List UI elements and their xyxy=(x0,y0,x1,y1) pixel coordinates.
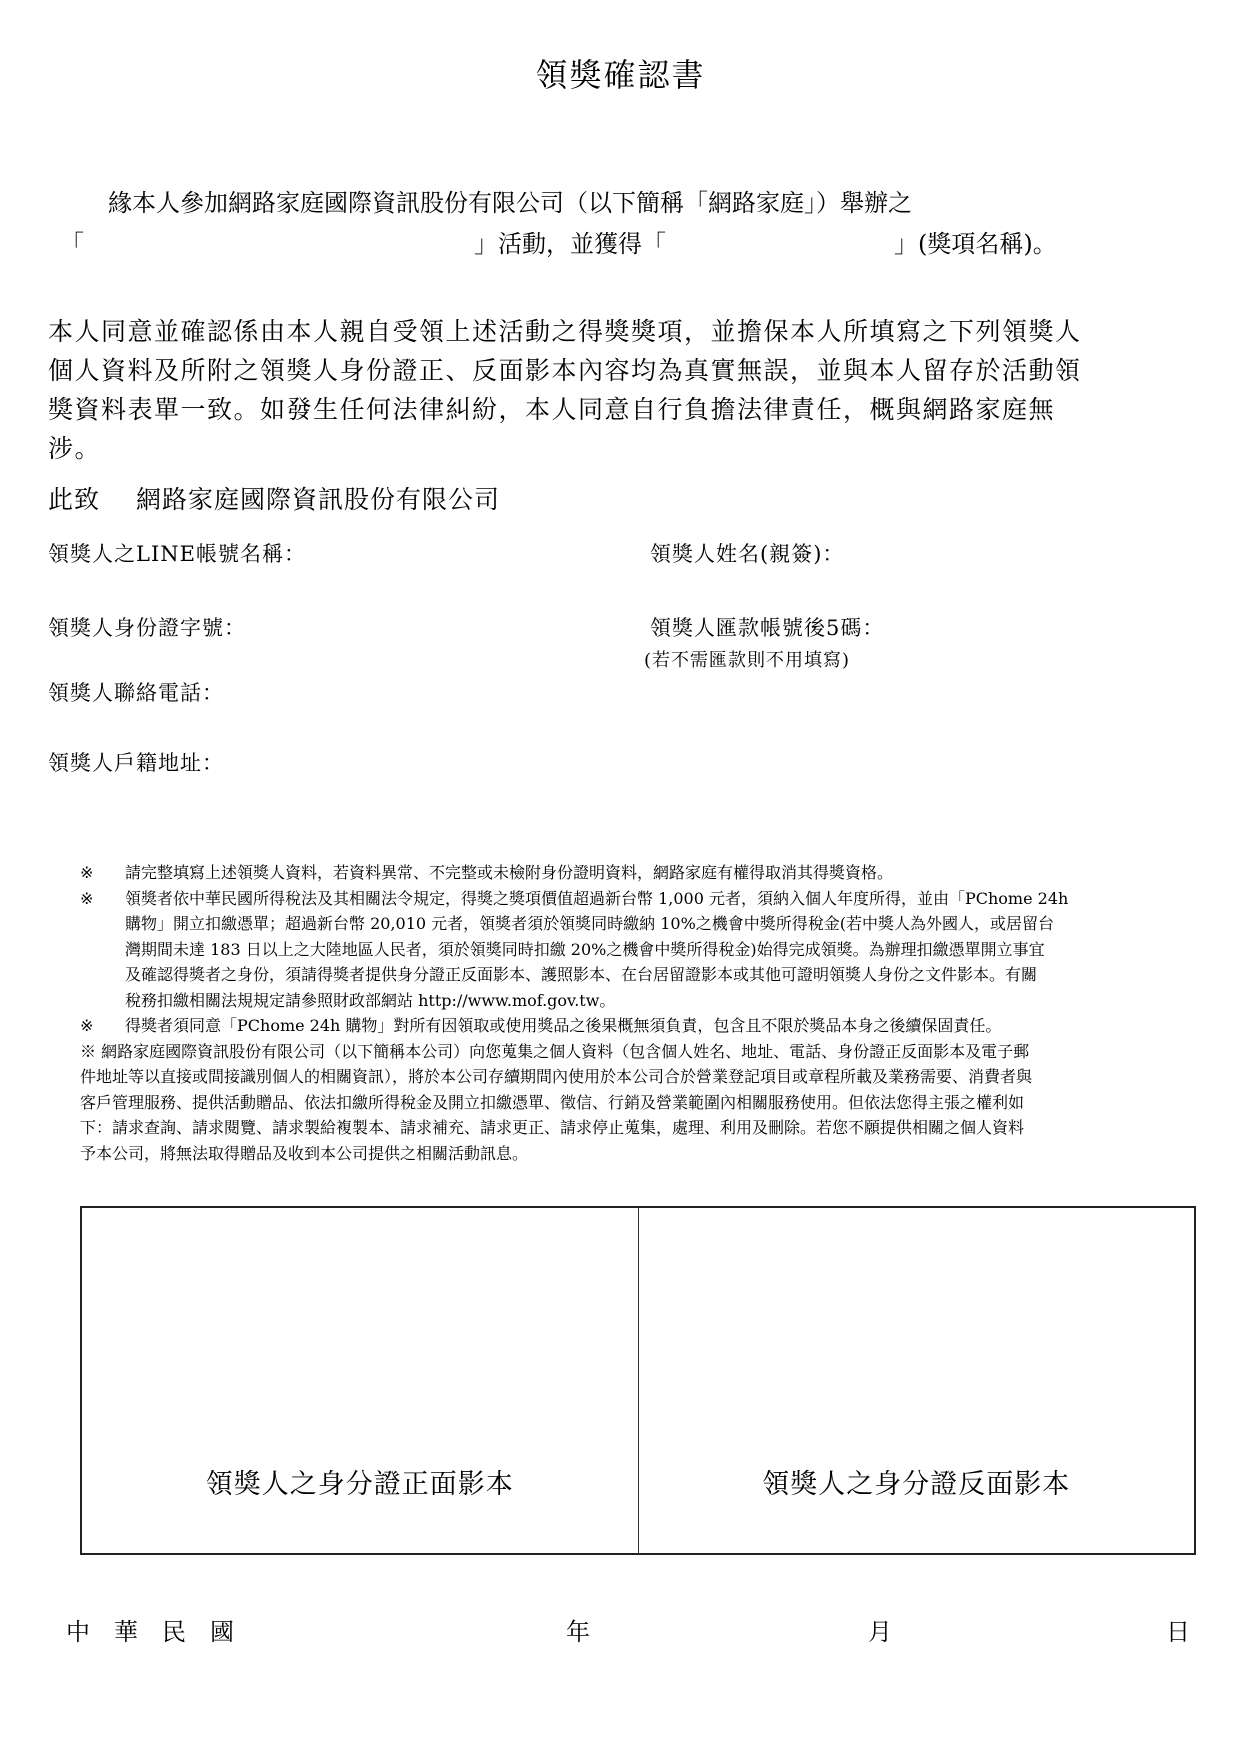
salutation: 此致網路家庭國際資訊股份有限公司 xyxy=(48,480,500,516)
bank-note: (若不需匯款則不用填寫) xyxy=(644,646,850,672)
reference-mark-icon: ※ xyxy=(80,1013,93,1039)
id-back-copy-area[interactable]: 領獎人之身分證反面影本 xyxy=(638,1208,1195,1553)
declaration-paragraph: 本人同意並確認係由本人親自受領上述活動之得獎獎項，並擔保本人所填寫之下列領獎人 … xyxy=(48,312,1208,468)
salutation-prefix: 此致 xyxy=(48,485,100,514)
id-front-label: 領獎人之身分證正面影本 xyxy=(82,1462,638,1501)
note-item: ※ 領獎者依中華民國所得稅法及其相關法令規定，得獎之獎項價值超過新台幣 1,00… xyxy=(80,886,1200,1014)
note-line: 下：請求查詢、請求閱覽、請求製給複製本、請求補充、請求更正、請求停止蒐集，處理、… xyxy=(80,1115,1200,1141)
note-line: 領獎者依中華民國所得稅法及其相關法令規定，得獎之獎項價值超過新台幣 1,000 … xyxy=(125,886,1200,912)
note-line: 得獎者須同意「PChome 24h 購物」對所有因領取或使用獎品之後果概無須負責… xyxy=(125,1013,1200,1039)
id-back-label: 領獎人之身分證反面影本 xyxy=(639,1462,1195,1501)
note-item-privacy: ※ 網路家庭國際資訊股份有限公司（以下簡稱本公司）向您蒐集之個人資料（包含個人姓… xyxy=(80,1039,1200,1167)
field-address[interactable]: 領獎人戶籍地址： xyxy=(48,747,224,777)
document-title: 領獎確認書 xyxy=(0,50,1241,96)
declaration-line: 涉。 xyxy=(48,429,1208,468)
date-era: 中 華 民 國 xyxy=(66,1612,234,1647)
id-front-copy-area[interactable]: 領獎人之身分證正面影本 xyxy=(82,1208,638,1553)
date-day: 日 xyxy=(1166,1612,1190,1647)
prize-blank-suffix: 」(獎項名稱)。 xyxy=(894,224,1057,259)
note-line: 稅務扣繳相關法規規定請參照財政部網站 http://www.mof.gov.tw… xyxy=(125,988,1200,1014)
intro-line-1: 緣本人參加網路家庭國際資訊股份有限公司（以下簡稱「網路家庭」）舉辦之 xyxy=(108,183,912,218)
salutation-recipient: 網路家庭國際資訊股份有限公司 xyxy=(136,485,500,514)
note-line: 予本公司，將無法取得贈品及收到本公司提供之相關活動訊息。 xyxy=(80,1141,1200,1167)
declaration-line: 個人資料及所附之領獎人身份證正、反面影本內容均為真實無誤，並與本人留存於活動領 xyxy=(48,351,1208,390)
field-line-account[interactable]: 領獎人之LINE帳號名稱： xyxy=(48,538,306,568)
note-line: 件地址等以直接或間接識別個人的相關資訊），將於本公司存續期間內使用於本公司合於營… xyxy=(80,1064,1200,1090)
note-item: ※ 得獎者須同意「PChome 24h 購物」對所有因領取或使用獎品之後果概無須… xyxy=(80,1013,1200,1039)
note-line: 灣期間未達 183 日以上之大陸地區人民者，須於領獎同時扣繳 20%之機會中獎所… xyxy=(125,937,1200,963)
note-line: 客戶管理服務、提供活動贈品、依法扣繳所得稅金及開立扣繳憑單、徵信、行銷及營業範圍… xyxy=(80,1090,1200,1116)
field-name-signature[interactable]: 領獎人姓名(親簽)： xyxy=(650,538,844,568)
declaration-line: 本人同意並確認係由本人親自受領上述活動之得獎獎項，並擔保本人所填寫之下列領獎人 xyxy=(48,312,1208,351)
notes-section: ※ 請完整填寫上述領獎人資料，若資料異常、不完整或未檢附身份證明資料，網路家庭有… xyxy=(80,860,1200,1166)
note-line: 請完整填寫上述領獎人資料，若資料異常、不完整或未檢附身份證明資料，網路家庭有權得… xyxy=(125,860,1200,886)
note-line: 及確認得獎者之身份，須請得獎者提供身分證正反面影本、護照影本、在台居留證影本或其… xyxy=(125,962,1200,988)
reference-mark-icon: ※ xyxy=(80,886,93,912)
activity-open-quote: 「 xyxy=(60,224,84,259)
reference-mark-icon: ※ xyxy=(80,860,93,886)
field-phone[interactable]: 領獎人聯絡電話： xyxy=(48,677,224,707)
id-copy-table: 領獎人之身分證正面影本 領獎人之身分證反面影本 xyxy=(80,1206,1196,1555)
intro-line-2: 「 」活動，並獲得「 」(獎項名稱)。 xyxy=(60,224,1200,258)
field-bank-last5[interactable]: 領獎人匯款帳號後5碼： xyxy=(650,612,884,642)
note-line: 購物」開立扣繳憑單；超過新台幣 20,010 元者，領獎者須於領獎同時繳納 10… xyxy=(125,911,1200,937)
field-id-number[interactable]: 領獎人身份證字號： xyxy=(48,612,246,642)
note-line: ※ 網路家庭國際資訊股份有限公司（以下簡稱本公司）向您蒐集之個人資料（包含個人姓… xyxy=(80,1039,1200,1065)
date-year: 年 xyxy=(566,1612,590,1647)
date-month: 月 xyxy=(868,1612,892,1647)
activity-blank-suffix: 」活動，並獲得「 xyxy=(474,224,666,259)
note-item: ※ 請完整填寫上述領獎人資料，若資料異常、不完整或未檢附身份證明資料，網路家庭有… xyxy=(80,860,1200,886)
declaration-line: 獎資料表單一致。如發生任何法律糾紛，本人同意自行負擔法律責任，概與網路家庭無 xyxy=(48,390,1208,429)
